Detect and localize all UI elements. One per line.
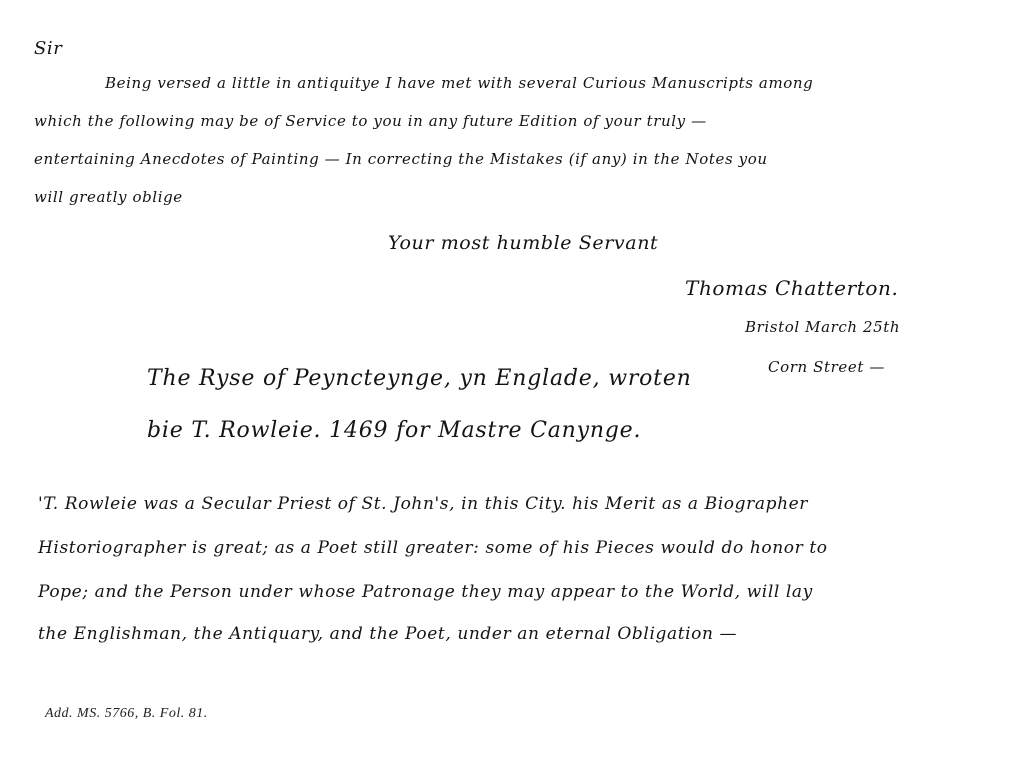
letter-line-3: entertaining Anecdotes of Painting — In … bbox=[34, 150, 768, 168]
note-line-4: the Englishman, the Antiquary, and the P… bbox=[38, 624, 737, 644]
place-date: Bristol March 25th bbox=[745, 318, 900, 336]
salutation: Sir bbox=[34, 38, 63, 59]
letter-line-1: Being versed a little in antiquitye I ha… bbox=[105, 74, 813, 92]
title-line-1: The Ryse of Peyncteynge, yn Englade, wro… bbox=[147, 366, 692, 391]
closing: Your most humble Servant bbox=[388, 232, 658, 254]
letter-line-2: which the following may be of Service to… bbox=[34, 112, 707, 130]
title-line-2: bie T. Rowleie. 1469 for Mastre Canynge. bbox=[147, 418, 641, 443]
note-line-2: Historiographer is great; as a Poet stil… bbox=[38, 538, 828, 558]
signature: Thomas Chatterton. bbox=[685, 276, 898, 300]
note-line-1: 'T. Rowleie was a Secular Priest of St. … bbox=[38, 494, 808, 514]
note-line-3: Pope; and the Person under whose Patrona… bbox=[38, 582, 813, 602]
manuscript-reference-caption: Add. MS. 5766, B. Fol. 81. bbox=[45, 706, 208, 722]
letter-line-4: will greatly oblige bbox=[34, 188, 183, 206]
address: Corn Street — bbox=[768, 358, 885, 376]
